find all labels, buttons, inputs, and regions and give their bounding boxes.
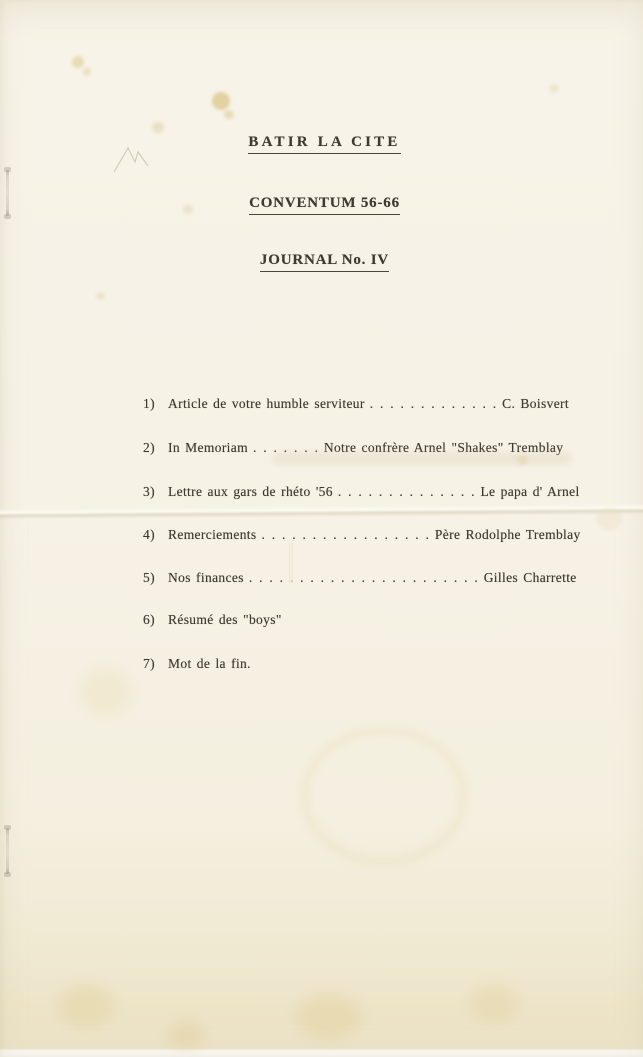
stain-spot xyxy=(212,92,230,110)
toc-item: 6)Résumé des "boys" xyxy=(143,612,613,628)
toc-item-title: Mot de la fin. xyxy=(168,656,251,671)
toc-item: 7)Mot de la fin. xyxy=(143,656,613,672)
toc-item: 4)Remerciements. . . . . . . . . . . . .… xyxy=(143,527,613,543)
stain-spot xyxy=(224,110,234,119)
stain-spot xyxy=(549,84,559,93)
stain-spot xyxy=(96,292,105,300)
page-title-text: BATIR LA CITE xyxy=(248,134,400,154)
toc-item-leader-dots: . . . . . . . . . . . . . . . . . xyxy=(262,527,430,542)
scanned-page: BATIR LA CITE CONVENTUM 56-66 JOURNAL No… xyxy=(0,0,643,1057)
toc-item-number: 1) xyxy=(143,396,168,412)
toc-item-title: Nos finances xyxy=(168,570,244,585)
journal-subtitle: JOURNAL No. IV xyxy=(6,252,643,272)
toc-item-number: 7) xyxy=(143,656,168,672)
toc-item-author: Le papa d' Arnel xyxy=(480,484,579,499)
stain-spot xyxy=(72,56,84,68)
bottom-stain xyxy=(470,985,518,1023)
vertical-crease-mark xyxy=(289,543,293,583)
stain-spot xyxy=(183,205,193,214)
toc-item-author: C. Boisvert xyxy=(502,396,569,411)
toc-item-title: Article de votre humble serviteur xyxy=(168,396,365,411)
toc-item-title: In Memoriam xyxy=(168,440,248,455)
toc-item-author: Père Rodolphe Tremblay xyxy=(435,527,581,542)
conventum-subtitle-text: CONVENTUM 56-66 xyxy=(249,195,400,215)
conventum-subtitle: CONVENTUM 56-66 xyxy=(6,195,643,215)
toc-item-number: 2) xyxy=(143,440,168,456)
toc-item-leader-dots: . . . . . . . . . . . . . . . . . . . . … xyxy=(249,570,479,585)
stain-spot xyxy=(83,68,91,76)
toc-item-title: Remerciements xyxy=(168,527,257,542)
page-title: BATIR LA CITE xyxy=(6,134,643,154)
stain-spot xyxy=(517,455,528,465)
toc-item-title: Résumé des "boys" xyxy=(168,612,282,627)
toc-item-number: 3) xyxy=(143,484,168,500)
faint-stain xyxy=(80,668,132,716)
horizontal-fold-crease xyxy=(0,503,643,519)
stain-spot xyxy=(152,122,164,133)
toc-item-number: 6) xyxy=(143,612,168,628)
staple-mark-top xyxy=(6,170,9,216)
toc-item-number: 5) xyxy=(143,570,168,586)
toc-item: 3)Lettre aux gars de rhéto '56. . . . . … xyxy=(143,484,613,500)
bottom-stain xyxy=(58,985,113,1027)
toc-item: 1)Article de votre humble serviteur. . .… xyxy=(143,396,613,412)
stain-spot xyxy=(596,508,622,530)
toc-item-author: Gilles Charrette xyxy=(484,570,577,585)
bottom-stain xyxy=(168,1022,204,1048)
bottom-stain xyxy=(296,995,362,1039)
pencil-scribble xyxy=(108,138,160,182)
toc-item-title: Lettre aux gars de rhéto '56 xyxy=(168,484,333,499)
toc-item-leader-dots: . . . . . . . . . . . . . xyxy=(370,396,497,411)
toc-item-leader-dots: . . . . . . . . . . . . . . xyxy=(338,484,476,499)
journal-subtitle-text: JOURNAL No. IV xyxy=(260,252,389,272)
ring-stain xyxy=(300,726,468,866)
toc-item-number: 4) xyxy=(143,527,168,543)
toc-item: 5)Nos finances. . . . . . . . . . . . . … xyxy=(143,570,613,586)
staple-mark-bottom xyxy=(6,828,9,874)
